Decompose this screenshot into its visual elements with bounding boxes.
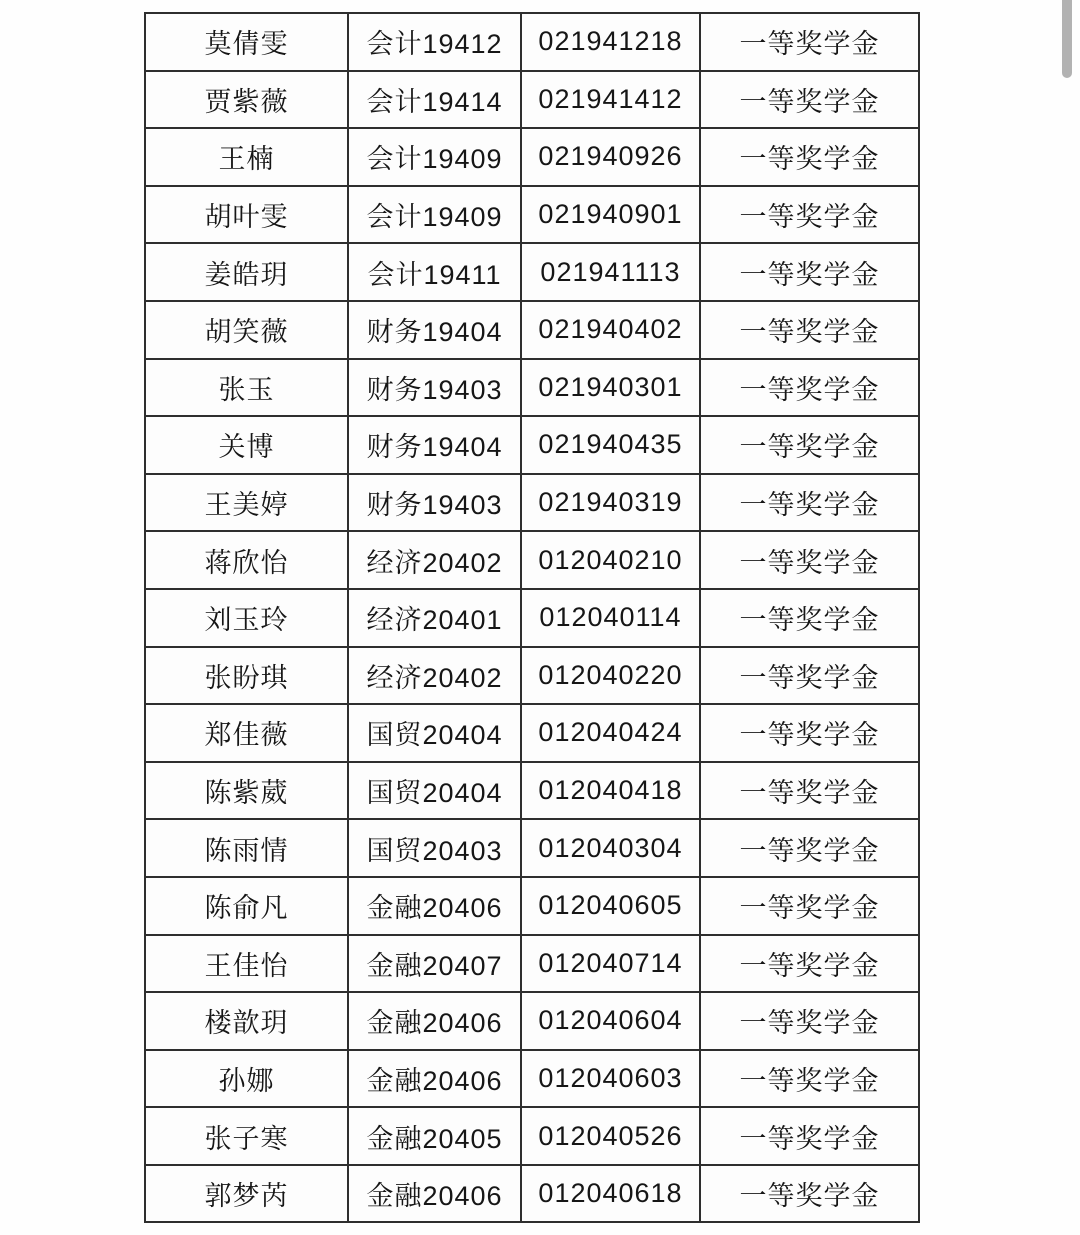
table-row: 王楠会计19409021940926一等奖学金 [145, 128, 919, 186]
cell-award: 一等奖学金 [700, 819, 919, 877]
cell-class-name: 金融20406 [348, 992, 521, 1050]
table-row: 莫倩雯会计19412021941218一等奖学金 [145, 13, 919, 71]
table-row: 刘玉玲经济20401012040114一等奖学金 [145, 589, 919, 647]
table-row: 张子寒金融20405012040526一等奖学金 [145, 1107, 919, 1165]
cell-student-id: 012040605 [521, 877, 700, 935]
cell-award: 一等奖学金 [700, 1050, 919, 1108]
cell-student-name: 孙娜 [145, 1050, 348, 1108]
cell-class-name: 金融20407 [348, 935, 521, 993]
cell-award: 一等奖学金 [700, 531, 919, 589]
cell-student-id: 021940435 [521, 416, 700, 474]
cell-class-name: 经济20402 [348, 647, 521, 705]
cell-student-name: 楼歆玥 [145, 992, 348, 1050]
table-row: 张盼琪经济20402012040220一等奖学金 [145, 647, 919, 705]
cell-student-name: 陈俞凡 [145, 877, 348, 935]
cell-student-id: 012040418 [521, 762, 700, 820]
cell-class-name: 金融20406 [348, 877, 521, 935]
cell-class-name: 财务19404 [348, 416, 521, 474]
table-row: 关博财务19404021940435一等奖学金 [145, 416, 919, 474]
table-row: 贾紫薇会计19414021941412一等奖学金 [145, 71, 919, 129]
cell-award: 一等奖学金 [700, 186, 919, 244]
cell-student-id: 021940901 [521, 186, 700, 244]
cell-student-name: 王美婷 [145, 474, 348, 532]
cell-student-id: 012040604 [521, 992, 700, 1050]
cell-award: 一等奖学金 [700, 589, 919, 647]
cell-award: 一等奖学金 [700, 1165, 919, 1223]
scholarship-table-body: 莫倩雯会计19412021941218一等奖学金贾紫薇会计19414021941… [145, 13, 919, 1222]
table-row: 王美婷财务19403021940319一等奖学金 [145, 474, 919, 532]
cell-student-name: 王佳怡 [145, 935, 348, 993]
cell-award: 一等奖学金 [700, 359, 919, 417]
cell-class-name: 财务19404 [348, 301, 521, 359]
cell-student-id: 012040220 [521, 647, 700, 705]
cell-award: 一等奖学金 [700, 301, 919, 359]
table-row: 胡叶雯会计19409021940901一等奖学金 [145, 186, 919, 244]
table-row: 孙娜金融20406012040603一等奖学金 [145, 1050, 919, 1108]
cell-award: 一等奖学金 [700, 13, 919, 71]
cell-class-name: 国贸20404 [348, 762, 521, 820]
table-row: 郭梦芮金融20406012040618一等奖学金 [145, 1165, 919, 1223]
cell-student-name: 陈紫葳 [145, 762, 348, 820]
cell-student-id: 021941113 [521, 243, 700, 301]
cell-award: 一等奖学金 [700, 1107, 919, 1165]
table-row: 陈紫葳国贸20404012040418一等奖学金 [145, 762, 919, 820]
table-row: 蒋欣怡经济20402012040210一等奖学金 [145, 531, 919, 589]
table-row: 陈俞凡金融20406012040605一等奖学金 [145, 877, 919, 935]
cell-award: 一等奖学金 [700, 71, 919, 129]
cell-student-id: 021941412 [521, 71, 700, 129]
cell-class-name: 国贸20404 [348, 704, 521, 762]
cell-award: 一等奖学金 [700, 474, 919, 532]
cell-award: 一等奖学金 [700, 647, 919, 705]
table-row: 陈雨情国贸20403012040304一等奖学金 [145, 819, 919, 877]
scholarship-table: 莫倩雯会计19412021941218一等奖学金贾紫薇会计19414021941… [144, 12, 920, 1223]
cell-student-id: 012040424 [521, 704, 700, 762]
vertical-scrollbar-thumb[interactable] [1062, 0, 1072, 78]
cell-class-name: 经济20402 [348, 531, 521, 589]
cell-student-name: 莫倩雯 [145, 13, 348, 71]
cell-student-id: 021940319 [521, 474, 700, 532]
cell-class-name: 会计19409 [348, 186, 521, 244]
cell-award: 一等奖学金 [700, 128, 919, 186]
table-row: 王佳怡金融20407012040714一等奖学金 [145, 935, 919, 993]
cell-class-name: 会计19409 [348, 128, 521, 186]
cell-award: 一等奖学金 [700, 704, 919, 762]
cell-class-name: 会计19414 [348, 71, 521, 129]
cell-award: 一等奖学金 [700, 416, 919, 474]
cell-student-name: 姜皓玥 [145, 243, 348, 301]
cell-award: 一等奖学金 [700, 935, 919, 993]
cell-award: 一等奖学金 [700, 877, 919, 935]
cell-student-id: 012040714 [521, 935, 700, 993]
cell-student-name: 张子寒 [145, 1107, 348, 1165]
cell-award: 一等奖学金 [700, 243, 919, 301]
cell-student-id: 021940926 [521, 128, 700, 186]
cell-class-name: 会计19411 [348, 243, 521, 301]
cell-class-name: 国贸20403 [348, 819, 521, 877]
cell-student-name: 张盼琪 [145, 647, 348, 705]
cell-award: 一等奖学金 [700, 762, 919, 820]
table-row: 楼歆玥金融20406012040604一等奖学金 [145, 992, 919, 1050]
table-row: 郑佳薇国贸20404012040424一等奖学金 [145, 704, 919, 762]
cell-student-name: 张玉 [145, 359, 348, 417]
cell-student-name: 蒋欣怡 [145, 531, 348, 589]
document-page: 莫倩雯会计19412021941218一等奖学金贾紫薇会计19414021941… [0, 0, 1080, 1235]
cell-class-name: 财务19403 [348, 474, 521, 532]
table-row: 胡笑薇财务19404021940402一等奖学金 [145, 301, 919, 359]
table-row: 姜皓玥会计19411021941113一等奖学金 [145, 243, 919, 301]
cell-student-id: 012040526 [521, 1107, 700, 1165]
cell-student-name: 陈雨情 [145, 819, 348, 877]
cell-student-id: 021941218 [521, 13, 700, 71]
cell-award: 一等奖学金 [700, 992, 919, 1050]
cell-class-name: 金融20406 [348, 1050, 521, 1108]
cell-class-name: 财务19403 [348, 359, 521, 417]
cell-class-name: 金融20405 [348, 1107, 521, 1165]
cell-student-name: 刘玉玲 [145, 589, 348, 647]
cell-class-name: 会计19412 [348, 13, 521, 71]
cell-student-name: 郑佳薇 [145, 704, 348, 762]
cell-student-name: 贾紫薇 [145, 71, 348, 129]
table-row: 张玉财务19403021940301一等奖学金 [145, 359, 919, 417]
cell-student-id: 012040210 [521, 531, 700, 589]
cell-student-name: 胡叶雯 [145, 186, 348, 244]
cell-student-id: 021940301 [521, 359, 700, 417]
cell-student-id: 021940402 [521, 301, 700, 359]
cell-student-id: 012040618 [521, 1165, 700, 1223]
cell-class-name: 经济20401 [348, 589, 521, 647]
cell-class-name: 金融20406 [348, 1165, 521, 1223]
cell-student-id: 012040603 [521, 1050, 700, 1108]
cell-student-name: 关博 [145, 416, 348, 474]
cell-student-name: 胡笑薇 [145, 301, 348, 359]
cell-student-name: 王楠 [145, 128, 348, 186]
cell-student-id: 012040114 [521, 589, 700, 647]
cell-student-name: 郭梦芮 [145, 1165, 348, 1223]
cell-student-id: 012040304 [521, 819, 700, 877]
